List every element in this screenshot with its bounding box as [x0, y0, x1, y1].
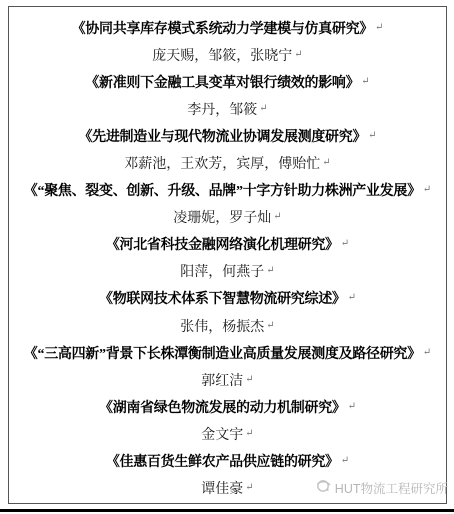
- paragraph-mark-icon: ↵: [368, 131, 376, 141]
- paragraph-mark-icon: ↵: [322, 158, 330, 168]
- paragraph-mark-icon: ↵: [423, 348, 431, 358]
- paper-title-text: 《协同共享库存模式系统动力学建模与仿真研究》: [72, 18, 373, 38]
- paper-title-text: 《“三高四新”背景下长株潭衡制造业高质量发展测度及路径研究》: [24, 343, 421, 363]
- paper-title: 《物联网技术体系下智慧物流研究综述》↵: [9, 285, 446, 312]
- authors-line: 郭红洁↵: [9, 366, 446, 393]
- paper-title-text: 《先进制造业与现代物流业协调发展测度研究》: [78, 126, 366, 146]
- hut-logo-icon: [315, 478, 332, 497]
- authors-text: 谭佳豪: [201, 478, 243, 498]
- authors-line: 金文宇↵: [9, 420, 446, 447]
- paper-title-text: 《湖南省绿色物流发展的动力机制研究》: [99, 397, 346, 417]
- paragraph-mark-icon: ↵: [273, 212, 281, 222]
- page-border: 《协同共享库存模式系统动力学建模与仿真研究》↵ 庞天赐，邹筱，张晓宁↵ 《新准则…: [8, 6, 447, 504]
- authors-text: 阳萍，何燕子: [180, 261, 264, 281]
- paper-title: 《协同共享库存模式系统动力学建模与仿真研究》↵: [9, 14, 446, 41]
- paragraph-mark-icon: ↵: [294, 50, 302, 60]
- paper-title: 《佳惠百货生鲜农产品供应链的研究》↵: [9, 448, 446, 475]
- paragraph-mark-icon: ↵: [245, 429, 253, 439]
- paper-title-text: 《“聚焦、裂变、创新、升级、品牌”十字方针助力株洲产业发展》: [24, 180, 421, 200]
- paragraph-mark-icon: ↵: [361, 77, 369, 87]
- paragraph-mark-icon: ↵: [245, 483, 253, 493]
- paragraph-mark-icon: ↵: [245, 375, 253, 385]
- authors-line: 庞天赐，邹筱，张晓宁↵: [9, 41, 446, 68]
- authors-line: 张伟，杨振杰↵: [9, 312, 446, 339]
- paper-title: 《“三高四新”背景下长株潭衡制造业高质量发展测度及路径研究》↵: [9, 339, 446, 366]
- authors-line: 阳萍，何燕子↵: [9, 258, 446, 285]
- bottom-bar: [0, 509, 454, 512]
- authors-line: 凌珊妮，罗子灿↵: [9, 204, 446, 231]
- authors-text: 凌珊妮，罗子灿: [173, 207, 271, 227]
- paper-title: 《新准则下金融工具变革对银行绩效的影响》↵: [9, 68, 446, 95]
- paragraph-mark-icon: ↵: [341, 456, 349, 466]
- paragraph-mark-icon: ↵: [266, 266, 274, 276]
- paragraph-mark-icon: ↵: [266, 321, 274, 331]
- authors-text: 邓薪池，王欢芳，宾厚，傅贻忙: [124, 153, 320, 173]
- paper-title: 《河北省科技金融网络演化机理研究》↵: [9, 231, 446, 258]
- paper-title: 《“聚焦、裂变、创新、升级、品牌”十字方针助力株洲产业发展》↵: [9, 177, 446, 204]
- paragraph-mark-icon: ↵: [423, 185, 431, 195]
- authors-line: 邓薪池，王欢芳，宾厚，傅贻忙↵: [9, 149, 446, 176]
- paragraph-mark-icon: ↵: [348, 293, 356, 303]
- authors-text: 张伟，杨振杰: [180, 316, 264, 336]
- paragraph-mark-icon: ↵: [375, 23, 383, 33]
- authors-line: 李丹，邹筱↵: [9, 95, 446, 122]
- paragraph-mark-icon: ↵: [348, 402, 356, 412]
- authors-text: 李丹，邹筱: [187, 99, 257, 119]
- paper-title-text: 《河北省科技金融网络演化机理研究》: [106, 234, 339, 254]
- authors-text: 金文宇: [201, 424, 243, 444]
- paper-title-text: 《新准则下金融工具变革对银行绩效的影响》: [85, 72, 359, 92]
- authors-text: 郭红洁: [201, 370, 243, 390]
- paper-title: 《湖南省绿色物流发展的动力机制研究》↵: [9, 393, 446, 420]
- paper-title-text: 《物联网技术体系下智慧物流研究综述》: [99, 288, 346, 308]
- paper-title-text: 《佳惠百货生鲜农产品供应链的研究》: [106, 451, 339, 471]
- authors-text: 庞天赐，邹筱，张晓宁: [152, 45, 292, 65]
- watermark: HUT物流工程研究所: [315, 478, 448, 497]
- paper-title: 《先进制造业与现代物流业协调发展测度研究》↵: [9, 122, 446, 149]
- document-content: 《协同共享库存模式系统动力学建模与仿真研究》↵ 庞天赐，邹筱，张晓宁↵ 《新准则…: [9, 7, 446, 503]
- paragraph-mark-icon: ↵: [341, 239, 349, 249]
- watermark-text: HUT物流工程研究所: [335, 479, 448, 497]
- paragraph-mark-icon: ↵: [259, 104, 267, 114]
